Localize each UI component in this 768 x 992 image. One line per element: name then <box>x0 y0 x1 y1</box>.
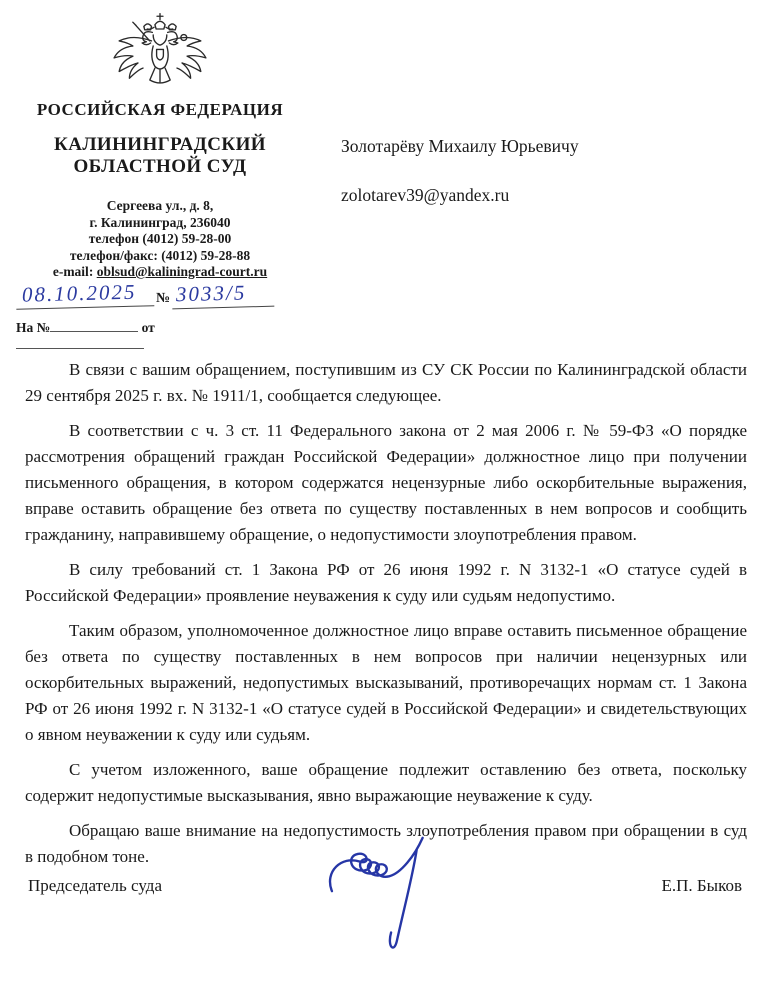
handwritten-signature <box>322 830 470 973</box>
body-paragraph: В силу требований ст. 1 Закона РФ от 26 … <box>25 557 747 609</box>
address-line: телефон/факс: (4012) 59-28-88 <box>14 248 306 265</box>
country-title: РОССИЙСКАЯ ФЕДЕРАЦИЯ <box>14 100 306 120</box>
address-line: телефон (4012) 59-28-00 <box>14 231 306 248</box>
recipient-email: zolotarev39@yandex.ru <box>341 185 579 206</box>
court-email-link[interactable]: oblsud@kaliningrad-court.ru <box>97 264 267 279</box>
reply-from-label: от <box>142 320 155 335</box>
recipient-block: Золотарёву Михаилу Юрьевичу zolotarev39@… <box>341 136 579 206</box>
body-paragraph: Таким образом, уполномоченное должностно… <box>25 618 747 748</box>
court-email-line: e-mail: oblsud@kaliningrad-court.ru <box>14 264 306 281</box>
incoming-reference-line: На № от <box>16 319 286 353</box>
handwritten-date: 08.10.2025 <box>16 279 155 310</box>
outgoing-reference-line: 08.10.2025 № 3033/5 <box>16 281 266 308</box>
address-line: Сергеева ул., д. 8, <box>14 198 306 215</box>
body-paragraph: В связи с вашим обращением, поступившим … <box>25 357 747 409</box>
court-name-line2: ОБЛАСТНОЙ СУД <box>73 156 246 177</box>
scanned-letter-page: РОССИЙСКАЯ ФЕДЕРАЦИЯ КАЛИНИНГРАДСКИЙ ОБЛ… <box>0 0 768 992</box>
email-label: e-mail: <box>53 264 93 279</box>
blank-underline <box>50 319 138 332</box>
court-name-line1: КАЛИНИНГРАДСКИЙ <box>54 134 266 155</box>
signer-position-title: Председатель суда <box>28 876 162 896</box>
signer-name: Е.П. Быков <box>661 876 742 896</box>
body-paragraph: С учетом изложенного, ваше обращение под… <box>25 757 747 809</box>
address-line: г. Калининград, 236040 <box>14 215 306 232</box>
letter-body: В связи с вашим обращением, поступившим … <box>25 357 747 879</box>
recipient-name: Золотарёву Михаилу Юрьевичу <box>341 136 579 157</box>
court-address-block: Сергеева ул., д. 8, г. Калининград, 2360… <box>14 198 306 281</box>
handwritten-number: 3033/5 <box>172 280 275 310</box>
blank-underline <box>16 336 144 349</box>
number-sign: № <box>154 291 172 308</box>
court-name: КАЛИНИНГРАДСКИЙ ОБЛАСТНОЙ СУД <box>14 134 306 178</box>
body-paragraph: В соответствии с ч. 3 ст. 11 Федеральног… <box>25 418 747 548</box>
reply-prefix: На № <box>16 320 50 335</box>
russia-coat-of-arms-icon <box>14 12 306 97</box>
